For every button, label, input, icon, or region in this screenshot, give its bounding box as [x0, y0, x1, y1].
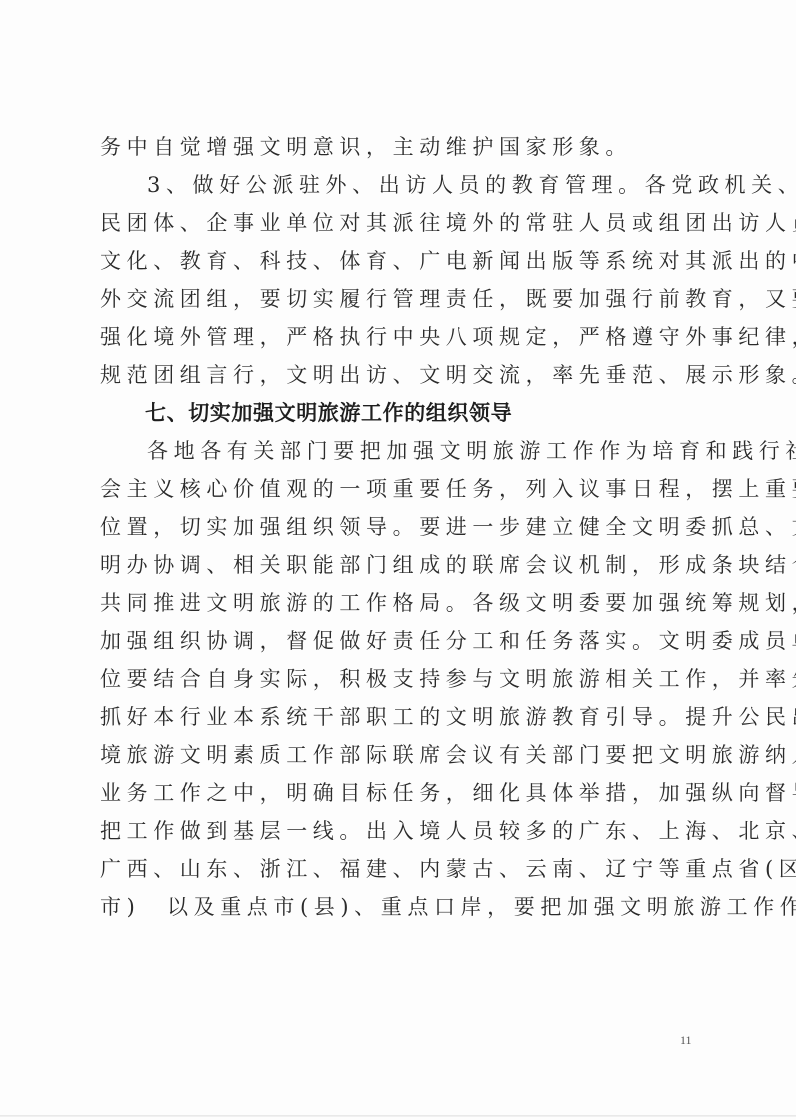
paragraph-line: 抓好本行业本系统干部职工的文明旅游教育引导。提升公民出	[100, 698, 692, 736]
document-page: 务中自觉增强文明意识，主动维护国家形象。 3、做好公派驻外、出访人员的教育管理。…	[0, 0, 796, 1120]
paragraph-line: 强化境外管理，严格执行中央八项规定，严格遵守外事纪律，	[100, 318, 692, 356]
paragraph-line: 广西、山东、浙江、福建、内蒙古、云南、辽宁等重点省(区、	[100, 850, 692, 888]
paragraph-line: 明办协调、相关职能部门组成的联席会议机制，形成条块结合、	[100, 546, 692, 584]
document-body: 务中自觉增强文明意识，主动维护国家形象。 3、做好公派驻外、出访人员的教育管理。…	[100, 128, 692, 926]
paragraph-line: 市) 以及重点市(县)、重点口岸，要把加强文明旅游工作作为	[100, 888, 692, 926]
page-number: 11	[680, 1033, 692, 1048]
paragraph-line: 境旅游文明素质工作部际联席会议有关部门要把文明旅游纳入	[100, 736, 692, 774]
paragraph-line: 会主义核心价值观的一项重要任务，列入议事日程，摆上重要	[100, 470, 692, 508]
paragraph-line: 把工作做到基层一线。出入境人员较多的广东、上海、北京、	[100, 812, 692, 850]
paragraph-line: 位要结合自身实际，积极支持参与文明旅游相关工作，并率先	[100, 660, 692, 698]
paragraph-line: 3、做好公派驻外、出访人员的教育管理。各党政机关、人	[100, 166, 692, 204]
page-edge-divider	[0, 1115, 796, 1117]
paragraph-line: 位置，切实加强组织领导。要进一步建立健全文明委抓总、文	[100, 508, 692, 546]
paragraph-line: 加强组织协调，督促做好责任分工和任务落实。文明委成员单	[100, 622, 692, 660]
paragraph-line: 共同推进文明旅游的工作格局。各级文明委要加强统筹规划，	[100, 584, 692, 622]
paragraph-line: 文化、教育、科技、体育、广电新闻出版等系统对其派出的中	[100, 242, 692, 280]
paragraph-line: 民团体、企事业单位对其派往境外的常驻人员或组团出访人员，	[100, 204, 692, 242]
paragraph-line: 务中自觉增强文明意识，主动维护国家形象。	[100, 128, 692, 166]
paragraph-line: 规范团组言行，文明出访、文明交流，率先垂范、展示形象。	[100, 356, 692, 394]
section-heading: 七、切实加强文明旅游工作的组织领导	[100, 394, 692, 432]
paragraph-line: 外交流团组，要切实履行管理责任，既要加强行前教育，又要	[100, 280, 692, 318]
paragraph-line: 各地各有关部门要把加强文明旅游工作作为培育和践行社	[100, 432, 692, 470]
paragraph-line: 业务工作之中，明确目标任务，细化具体举措，加强纵向督导，	[100, 774, 692, 812]
